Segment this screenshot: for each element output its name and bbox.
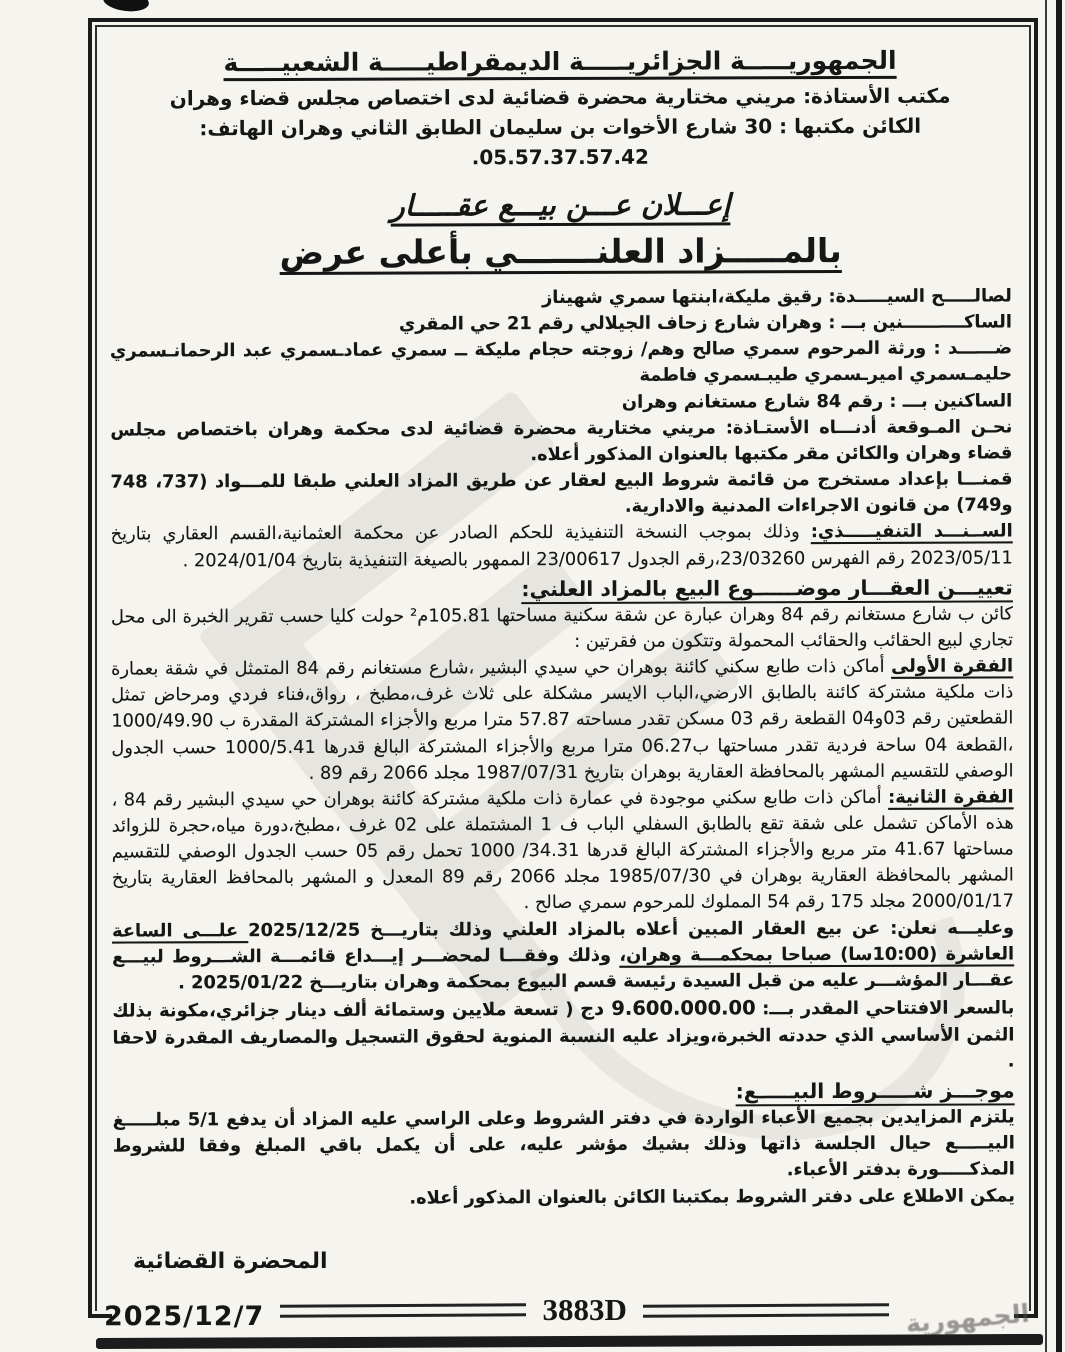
second-paragraph-text: أماكن ذات طابع سكني موجودة في عمارة ذات …: [112, 787, 1014, 914]
beneficiary-line: لصالـــــح السيـــــدة: رقيق مليكة،ابنته…: [110, 283, 1012, 312]
auction-announcement: وعليـــه نعلن: عن بيع العقار المبين أعلا…: [112, 915, 1014, 997]
enforcement-lead: الســنـــد التنفيـــــذي:: [811, 521, 1013, 543]
bailiff-signature-label: المحضرة القضائية: [133, 1249, 328, 1274]
announcement-text: وعليـــه نعلن: عن بيع العقار المبين أعلا…: [360, 917, 1014, 940]
newspaper-legal-notice-page: الجمهوريـــــة الجزائريـــــة الديمقراطي…: [0, 0, 1065, 1352]
publication-date: 2025/12/7: [104, 1301, 264, 1332]
column-divider-line: [1045, 0, 1062, 1352]
preparation-statement: قمنـــا بإعداد مستخرج من قائمة شروط البي…: [110, 467, 1012, 522]
office-line-1: مكتب الأستاذة: مريني مختارية محضرة قضائي…: [109, 80, 1011, 113]
scan-ink-blob: [102, 0, 150, 14]
defendants-address-line: الساكنين بـــ : رقم 84 شارع مستغانم وهرا…: [110, 388, 1012, 417]
first-paragraph: الفقرة الأولى أماكن ذات طابع سكني كائنة …: [111, 653, 1013, 787]
republic-header: الجمهوريـــــة الجزائريـــــة الديمقراطي…: [109, 45, 1011, 77]
newspaper-brand-stamp: الجمهورية: [905, 1298, 1031, 1338]
conditions-line-1: يلتزم المزايدين بجميع الأعباء الواردة في…: [113, 1104, 1015, 1186]
designation-intro: كائن ب شارع مستغانم رقم 84 وهران عبارة ع…: [111, 601, 1013, 656]
first-paragraph-lead: الفقرة الأولى: [891, 655, 1013, 676]
notice-inner-frame: الجمهوريـــــة الجزائريـــــة الديمقراطي…: [95, 25, 1031, 1311]
office-line-2: الكائن مكتبها : 30 شارع الأخوات بن سليما…: [109, 110, 1011, 173]
footer-rule-right: [643, 1303, 889, 1318]
bailiff-declaration: نحـن المـوقعة أدنـــاه الأستـاذة: مريني …: [110, 414, 1012, 469]
footer-row: 2025/12/7 3883D الجمهورية: [104, 1287, 1029, 1333]
notice-title-line-1: إعـــلان عـــن بيـــع عقـــــار: [109, 186, 1011, 223]
designation-heading: تعييـــن العقـــار موضــــــوع البيع بال…: [111, 575, 1013, 602]
beneficiary-address-line: الساكــــــــــنين بـــ : وهران شارع زحا…: [110, 310, 1012, 339]
bottom-separator-bar: [96, 1334, 1043, 1349]
notice-reference-code: 3883D: [543, 1292, 627, 1328]
defendants-line: ضــــــد : ورثة المرحوم سمري صالح وهم/ ز…: [110, 336, 1012, 391]
notice-content: الجمهوريـــــة الجزائريـــــة الديمقراطي…: [109, 45, 1015, 1212]
second-paragraph: الفقرة الثانية: أماكن ذات طابع سكني موجو…: [112, 784, 1014, 918]
auction-date: 2025/12/25: [248, 919, 360, 940]
conditions-line-2: يمكن الاطلاع على دفتر الشروط بمكتبنا الك…: [113, 1183, 1015, 1212]
conditions-heading: موجـــز شـــــروط البيـــــع:: [113, 1078, 1015, 1105]
first-paragraph-text: أماكن ذات طابع سكني كائنة بوهران حي سيدي…: [111, 656, 1013, 784]
notice-title-line-2: بالمـــــزاد العلنـــــــي بأعلى عرض: [110, 230, 1012, 272]
price-lead: بالسعر الافتتاحي المقدر بـــ:: [756, 997, 1015, 1019]
notice-border-frame: الجمهوريـــــة الجزائريـــــة الديمقراطي…: [88, 18, 1038, 1314]
second-paragraph-lead: الفقرة الثانية:: [888, 786, 1014, 807]
opening-price-paragraph: بالسعر الافتتاحي المقدر بـــ: 9.600.000.…: [112, 993, 1014, 1077]
enforcement-title-paragraph: الســنـــد التنفيـــــذي: وذلك بموجب الن…: [111, 519, 1013, 574]
price-amount: 9.600.000.00 دج: [580, 996, 756, 1020]
footer-rule-left: [280, 1303, 526, 1318]
